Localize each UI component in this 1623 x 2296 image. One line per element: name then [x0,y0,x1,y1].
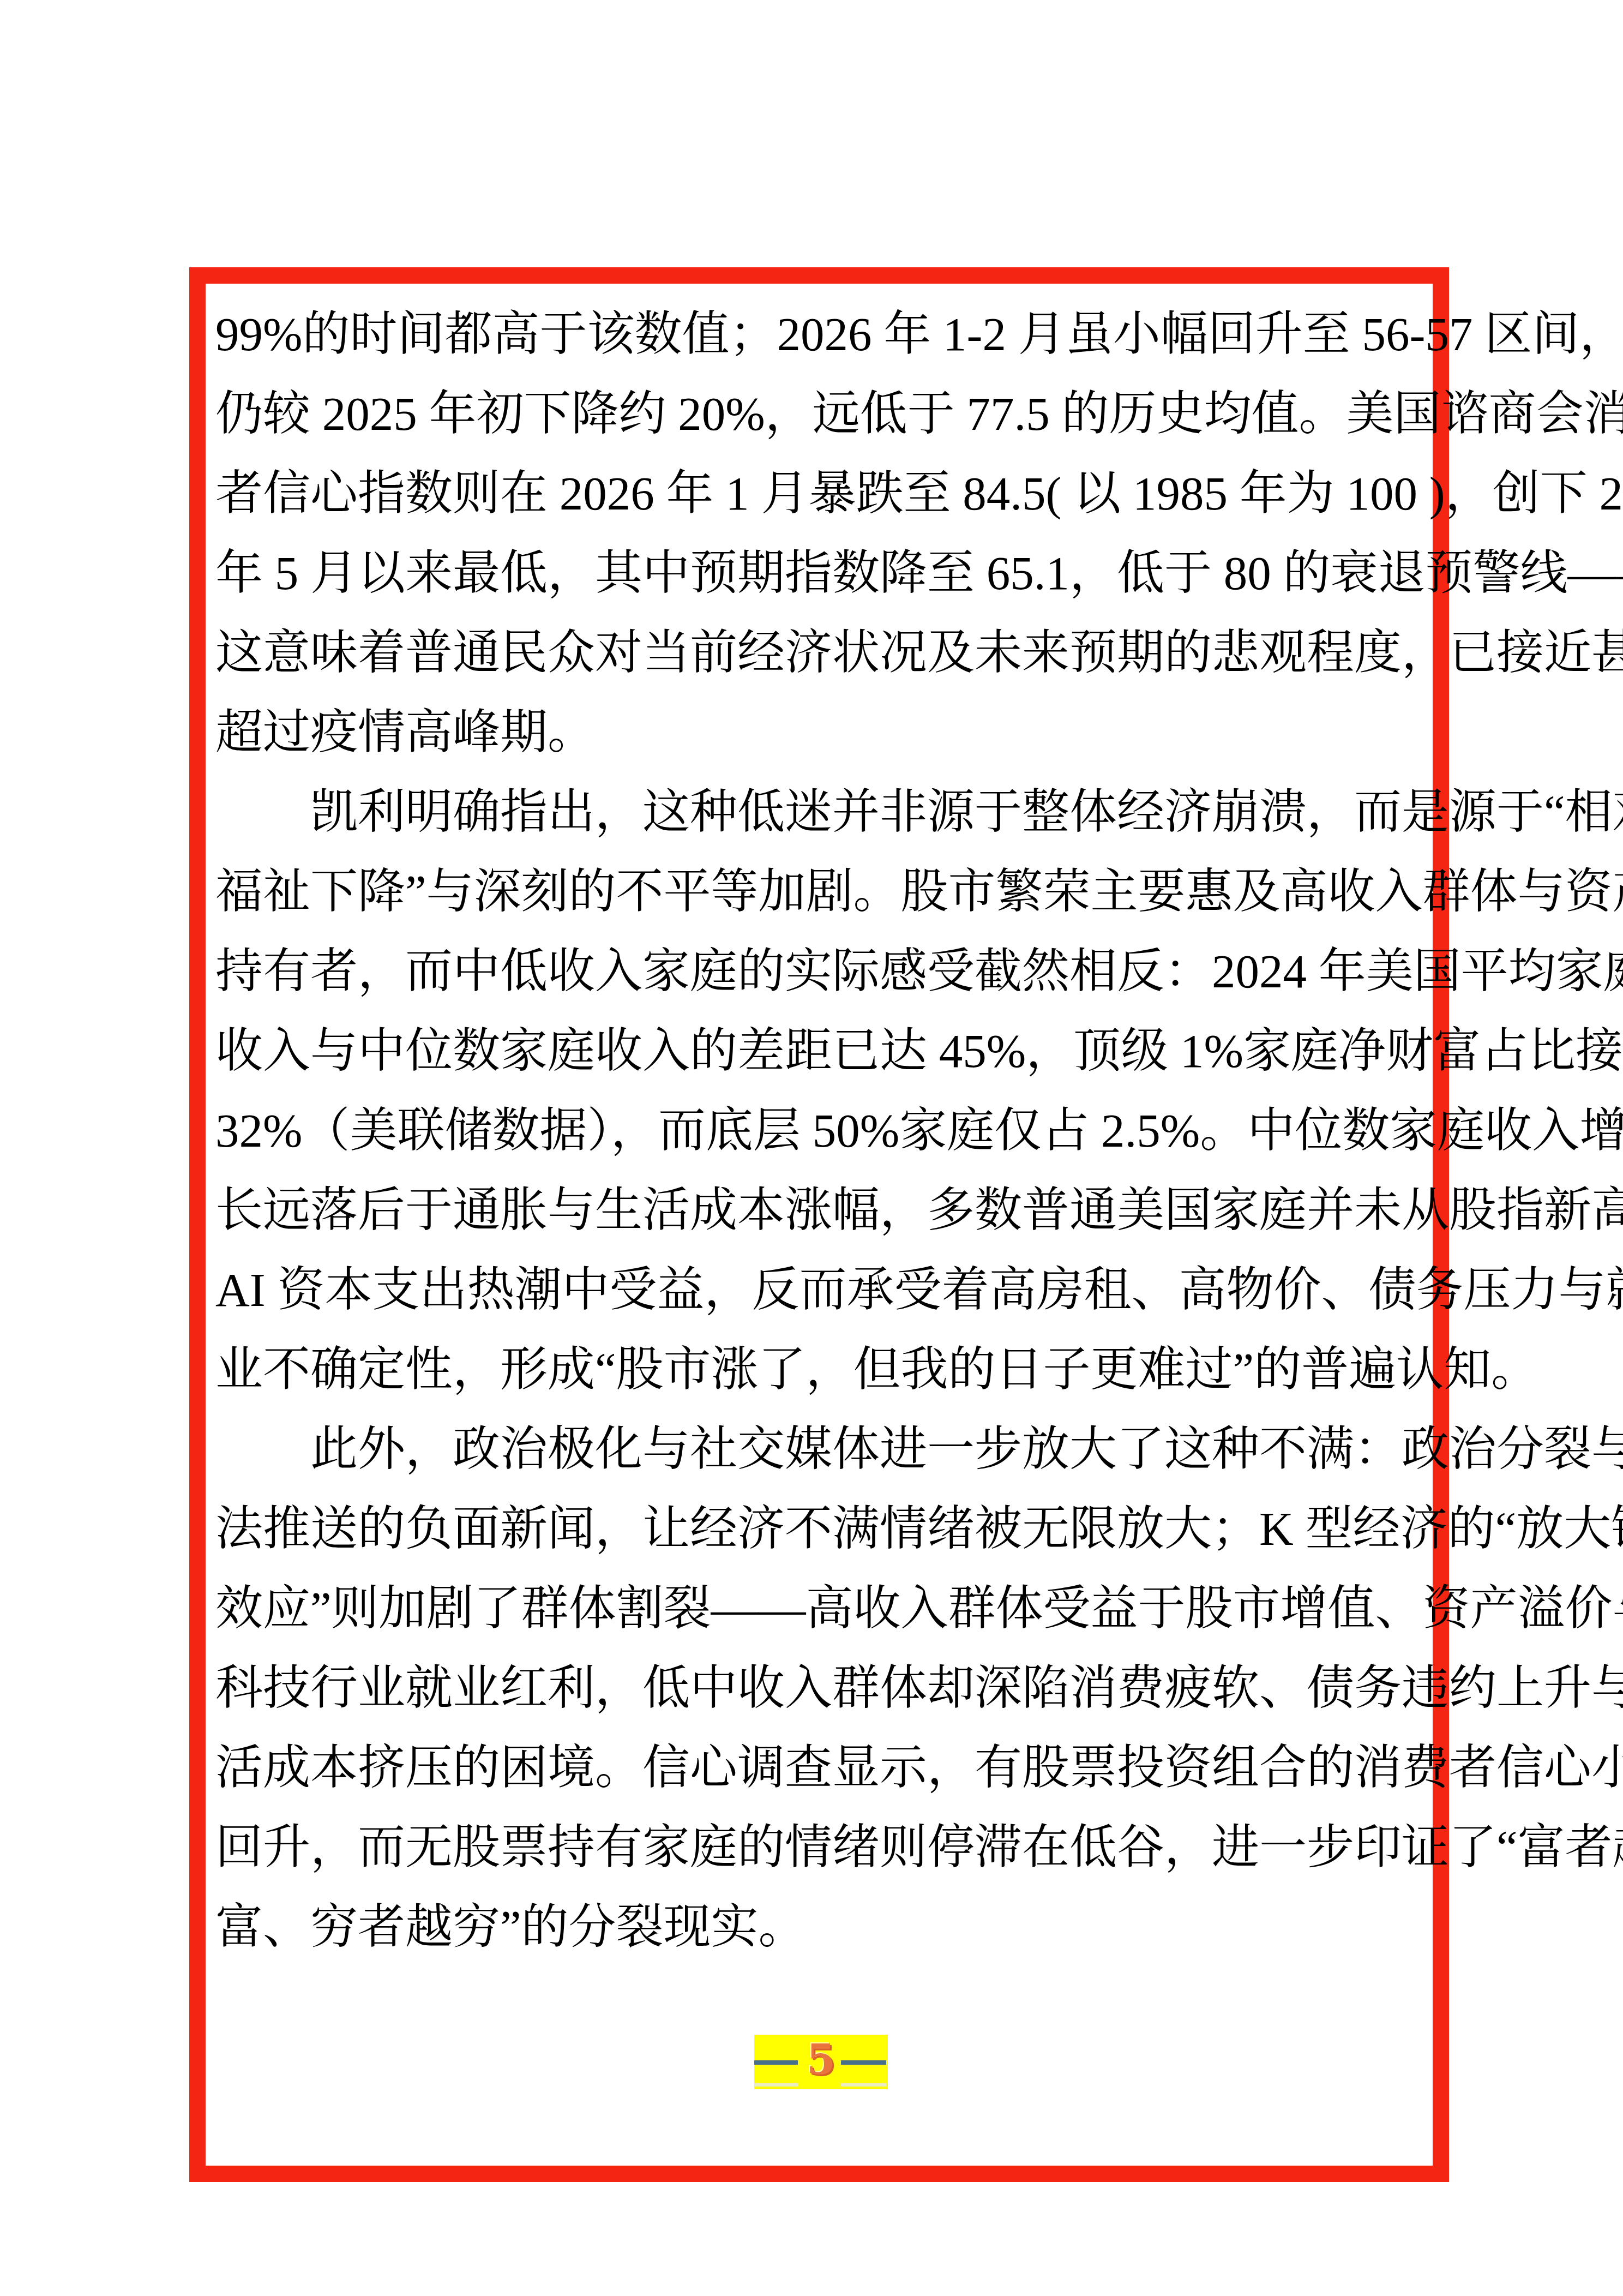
text-line: 超过疫情高峰期。 [215,693,1404,772]
text-line: 此外，政治极化与社交媒体进一步放大了这种不满：政治分裂与算 [215,1410,1404,1489]
text-line: 仍较 2025 年初下降约 20%，远低于 77.5 的历史均值。美国谘商会消费 [215,374,1404,454]
text-line: 法推送的负面新闻，让经济不满情绪被无限放大；K 型经济的“放大镜 [215,1489,1404,1569]
text-line: 年 5 月以来最低，其中预期指数降至 65.1，低于 80 的衰退预警线—— [215,533,1404,613]
text-line: 活成本挤压的困境。信心调查显示，有股票投资组合的消费者信心小幅 [215,1728,1404,1808]
text-line: 这意味着普通民众对当前经济状况及未来预期的悲观程度，已接近甚至 [215,613,1404,693]
text-line: 持有者，而中低收入家庭的实际感受截然相反：2024 年美国平均家庭 [215,932,1404,1011]
body-text: 99%的时间都高于该数值；2026 年 1-2 月虽小幅回升至 56-57 区间… [215,295,1404,1967]
page-footer-highlight: 5 [754,2035,888,2089]
text-line: 业不确定性，形成“股市涨了，但我的日子更难过”的普遍认知。 [215,1330,1404,1410]
text-line: AI 资本支出热潮中受益，反而承受着高房租、高物价、债务压力与就 [215,1250,1404,1330]
document-page: 99%的时间都高于该数值；2026 年 1-2 月虽小幅回升至 56-57 区间… [0,0,1623,2296]
text-line: 回升，而无股票持有家庭的情绪则停滞在低谷，进一步印证了“富者越 [215,1808,1404,1887]
text-line: 99%的时间都高于该数值；2026 年 1-2 月虽小幅回升至 56-57 区间… [215,295,1404,374]
text-line: 富、穷者越穷”的分裂现实。 [215,1887,1404,1967]
text-line: 收入与中位数家庭收入的差距已达 45%，顶级 1%家庭净财富占比接近 [215,1011,1404,1091]
text-line: 科技行业就业红利，低中收入群体却深陷消费疲软、债务违约上升与生 [215,1648,1404,1728]
text-line: 效应”则加剧了群体割裂——高收入群体受益于股市增值、资产溢价与 [215,1569,1404,1648]
text-line: 长远落后于通胀与生活成本涨幅，多数普通美国家庭并未从股指新高或 [215,1171,1404,1250]
text-line: 凯利明确指出，这种低迷并非源于整体经济崩溃，而是源于“相对 [215,772,1404,852]
text-line: 福祉下降”与深刻的不平等加剧。股市繁荣主要惠及高收入群体与资产 [215,852,1404,932]
page-number: 5 [754,2035,888,2084]
text-line: 32%（美联储数据），而底层 50%家庭仅占 2.5%。中位数家庭收入增 [215,1091,1404,1171]
text-line: 者信心指数则在 2026 年 1 月暴跌至 84.5( 以 1985 年为 10… [215,454,1404,533]
